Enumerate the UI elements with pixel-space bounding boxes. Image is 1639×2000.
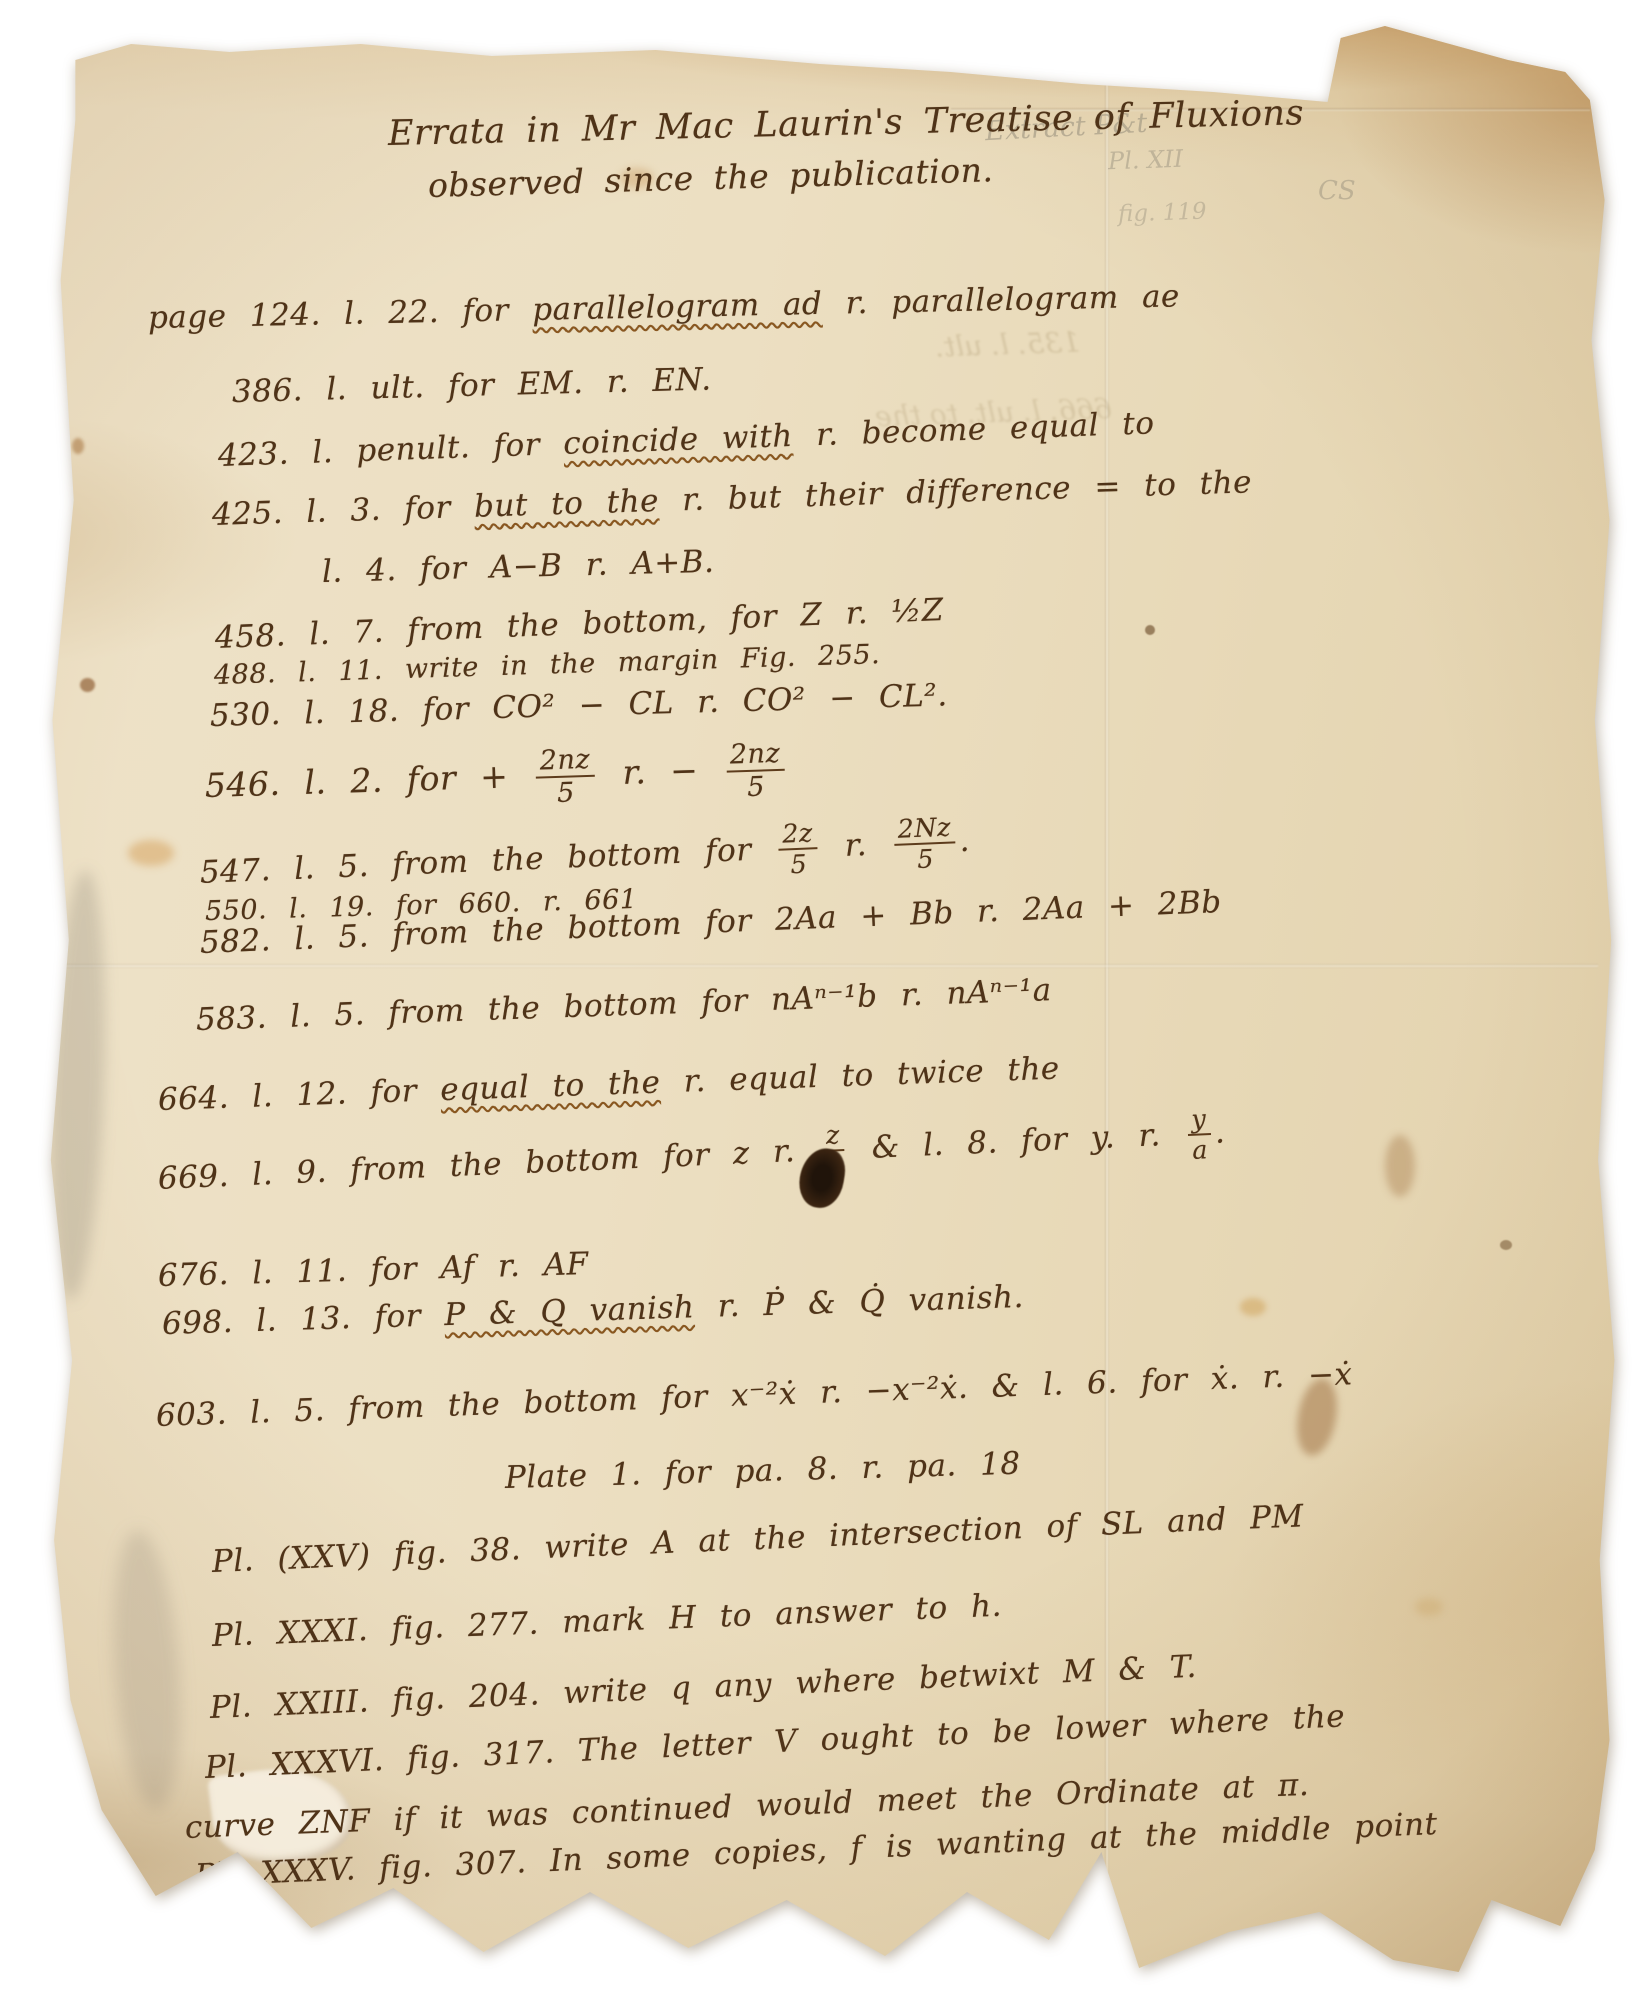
- errata-text: l. 4. for A−B r. A+B.: [322, 544, 715, 590]
- fraction-denominator: a: [1192, 1136, 1209, 1164]
- stain-spot: [72, 438, 84, 454]
- errata-text: Pl. (XXV) fig. 38. write A at the inters…: [211, 1498, 1304, 1580]
- showthrough-text: Pl. XII: [1108, 145, 1184, 176]
- fraction: 2Nz5: [893, 814, 957, 873]
- showthrough-text: 135. l. ult.: [934, 325, 1080, 363]
- errata-underlined-text: equal to the: [440, 1064, 661, 1108]
- fraction: zb: [821, 1122, 845, 1180]
- fraction-denominator: 5: [557, 777, 576, 807]
- errata-text: 546. l. 2. for +: [204, 756, 533, 805]
- errata-text: page 124. l. 22. for: [148, 292, 533, 336]
- stain-spot: [1500, 1240, 1512, 1250]
- document-title-line2: observed since the publication.: [427, 150, 993, 205]
- fraction-numerator: 2nz: [725, 740, 784, 773]
- errata-text: 603. l. 5. from the bottom for x⁻²ẋ r. −…: [155, 1356, 1353, 1434]
- showthrough-text: fig. 119: [1118, 198, 1207, 227]
- fraction: ya: [1187, 1106, 1212, 1164]
- errata-text: 676. l. 11. for Af r. AF: [157, 1246, 588, 1294]
- errata-text: 425. l. 3. for: [211, 489, 474, 533]
- stain-spot: [1145, 625, 1155, 635]
- manuscript-photo: Extract P&t Pl. XII fig. 119 CS 135. l. …: [0, 0, 1639, 2000]
- stain-spot: [128, 840, 174, 866]
- errata-line: Pl. (XXV) fig. 38. write A at the inters…: [211, 1498, 1304, 1580]
- fraction: 2nz5: [725, 740, 785, 802]
- paper-shadow-wrap: Extract P&t Pl. XII fig. 119 CS 135. l. …: [0, 0, 1639, 2000]
- errata-line: 425. l. 3. for but to the r. but their d…: [211, 464, 1252, 533]
- errata-text: & l. 8. for y. r.: [848, 1116, 1185, 1167]
- errata-line: 386. l. ult. for EM. r. EN.: [232, 361, 712, 410]
- errata-text: Pl. XXXI. fig. 277. mark H to answer to …: [211, 1588, 1002, 1654]
- errata-underlined-text: coincide with: [563, 418, 794, 462]
- errata-text: r. Ṗ & Q̇ vanish.: [694, 1279, 1024, 1325]
- fraction-denominator: 5: [917, 845, 935, 873]
- fraction-denominator: b: [825, 1152, 843, 1180]
- errata-line: Pl. XXXI. fig. 277. mark H to answer to …: [211, 1588, 1002, 1654]
- errata-line: 669. l. 9. from the bottom for z r. zb &…: [157, 1105, 1227, 1208]
- fraction: 2z5: [778, 820, 819, 878]
- pencil-smudge: [105, 1528, 188, 1812]
- fraction-numerator: y: [1187, 1106, 1211, 1136]
- errata-text: 664. l. 12. for: [157, 1072, 441, 1118]
- errata-underlined-text: P & Q vanish: [444, 1289, 695, 1333]
- errata-text: 583. l. 5. from the bottom for nAⁿ⁻¹b r.…: [195, 972, 1052, 1038]
- errata-text: 669. l. 9. from the bottom for z r.: [157, 1132, 819, 1197]
- errata-line: page 124. l. 22. for parallelogram ad r.…: [148, 278, 1181, 336]
- stain-spot: [80, 678, 95, 692]
- errata-text: r. −: [598, 750, 723, 793]
- errata-text: r.: [821, 826, 891, 865]
- document-title-line1: Errata in Mr Mac Laurin's Treatise of Fl…: [388, 93, 1305, 154]
- errata-text: .: [1214, 1114, 1226, 1150]
- errata-text: Plate 1. for pa. 8. r. pa. 18: [504, 1446, 1021, 1496]
- fraction-numerator: 2z: [778, 820, 818, 851]
- fraction-numerator: 2nz: [535, 746, 594, 779]
- stain-spot: [1240, 1298, 1266, 1316]
- errata-text: r. equal to twice the: [660, 1051, 1061, 1101]
- errata-line: l. 4. for A−B r. A+B.: [322, 544, 715, 590]
- fraction-numerator: 2Nz: [893, 814, 955, 846]
- horizontal-fold-crease: [49, 964, 1598, 968]
- showthrough-text: CS: [1318, 176, 1356, 206]
- errata-underlined-text: but to the: [474, 483, 660, 525]
- errata-text: .: [959, 823, 971, 859]
- fraction-denominator: 5: [747, 771, 766, 801]
- fraction-denominator: 5: [790, 850, 808, 878]
- errata-text: [788, 748, 789, 787]
- errata-line: 583. l. 5. from the bottom for nAⁿ⁻¹b r.…: [195, 972, 1052, 1038]
- errata-line: 676. l. 11. for Af r. AF: [157, 1246, 588, 1294]
- errata-line: 546. l. 2. for + 2nz5 r. − 2nz5: [204, 740, 790, 818]
- fraction: 2nz5: [535, 746, 595, 808]
- errata-text: r. parallelogram ae: [822, 278, 1180, 321]
- errata-text: 386. l. ult. for EM. r. EN.: [232, 361, 712, 410]
- ink-smear: [1385, 1135, 1415, 1197]
- errata-text: r. but their difference = to the: [658, 464, 1252, 519]
- errata-line: 423. l. penult. for coincide with r. bec…: [217, 405, 1155, 474]
- errata-text: 423. l. penult. for: [217, 426, 564, 474]
- manuscript-paper: Extract P&t Pl. XII fig. 119 CS 135. l. …: [0, 0, 1639, 2000]
- errata-line: 603. l. 5. from the bottom for x⁻²ẋ r. −…: [155, 1356, 1353, 1434]
- errata-text: 547. l. 5. from the bottom for: [199, 831, 775, 891]
- fraction-numerator: z: [821, 1122, 844, 1152]
- errata-text: r. become equal to: [792, 405, 1155, 454]
- errata-line: Plate 1. for pa. 8. r. pa. 18: [504, 1446, 1021, 1496]
- pencil-smudge: [45, 869, 112, 1301]
- stain-spot: [1415, 1598, 1443, 1616]
- errata-underlined-text: parallelogram ad: [532, 286, 823, 328]
- errata-text: 698. l. 13. for: [161, 1297, 444, 1342]
- errata-line: 664. l. 12. for equal to the r. equal to…: [157, 1051, 1060, 1118]
